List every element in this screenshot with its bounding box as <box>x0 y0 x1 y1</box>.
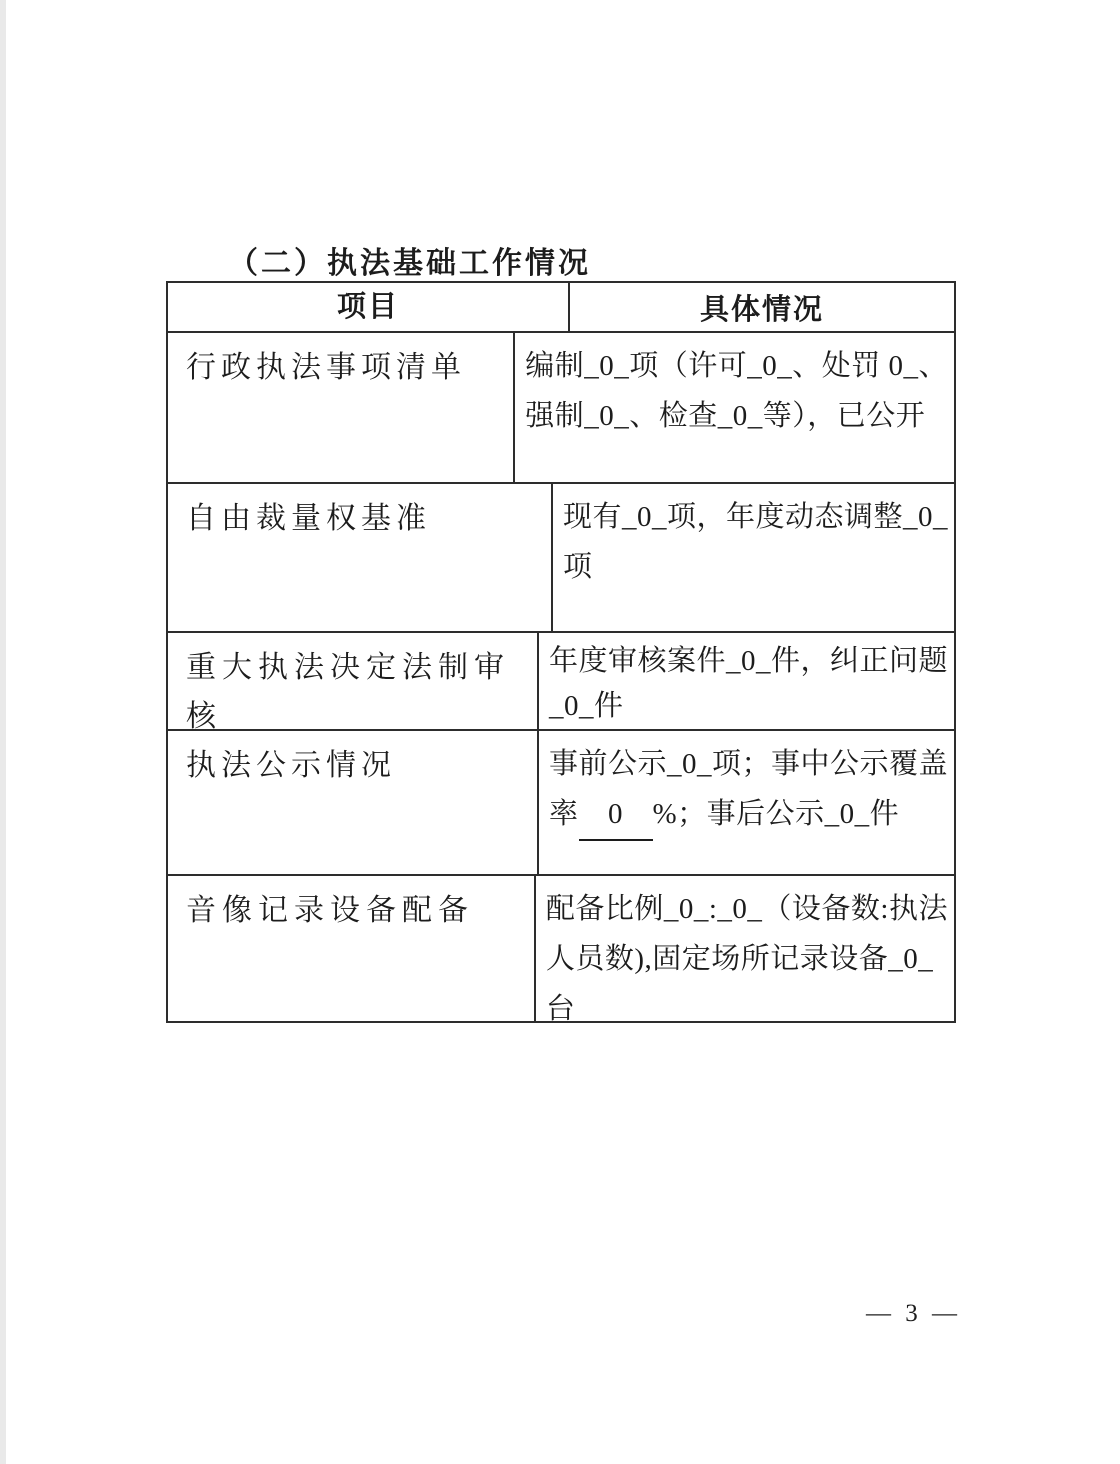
detail-cell: 配备比例_0_:_0_（设备数:执法 人员数),固定场所记录设备_0_ 台 <box>536 876 954 1021</box>
table-row: 行政执法事项清单 编制_0_项（许可_0_、处罚 0_、 强制_0_、检查_0_… <box>168 331 954 482</box>
page-number: — 3 — <box>866 1300 961 1328</box>
table-row: 重大执法决定法制审核 年度审核案件_0_件，纠正问题 _0_件 <box>168 631 954 729</box>
section-heading: （二）执法基础工作情况 <box>228 238 591 282</box>
item-cell: 重大执法决定法制审核 <box>168 633 539 729</box>
header-cell-detail: 具体情况 <box>570 283 954 331</box>
item-cell: 执法公示情况 <box>168 731 539 874</box>
filled-blank-value: 0 <box>579 789 653 841</box>
detail-line: 人员数),固定场所记录设备_0_ <box>546 934 948 984</box>
detail-line: 事前公示_0_项；事中公示覆盖 <box>549 739 948 789</box>
detail-line: 台 <box>546 984 948 1034</box>
table-header-row: 项目 具体情况 <box>168 283 954 331</box>
detail-cell: 年度审核案件_0_件，纠正问题 _0_件 <box>539 633 954 729</box>
item-cell: 自由裁量权基准 <box>168 484 553 631</box>
detail-line: 编制_0_项（许可_0_、处罚 0_、 <box>525 341 948 391</box>
detail-cell: 编制_0_项（许可_0_、处罚 0_、 强制_0_、检查_0_等），已公开 <box>515 333 954 482</box>
scan-edge-artifact <box>0 0 6 1464</box>
detail-line: 现有_0_项，年度动态调整_0_ <box>563 492 948 542</box>
detail-line: 年度审核案件_0_件，纠正问题 <box>549 639 948 684</box>
detail-line-suffix: %；事后公示_0_件 <box>653 798 900 830</box>
basic-work-table: 项目 具体情况 行政执法事项清单 编制_0_项（许可_0_、处罚 0_、 强制_… <box>166 281 956 1023</box>
item-cell: 行政执法事项清单 <box>168 333 515 482</box>
detail-cell: 事前公示_0_项；事中公示覆盖 率0%；事后公示_0_件 <box>539 731 954 874</box>
detail-line: 强制_0_、检查_0_等），已公开 <box>525 391 948 441</box>
header-cell-item: 项目 <box>168 283 570 331</box>
table-row: 音像记录设备配备 配备比例_0_:_0_（设备数:执法 人员数),固定场所记录设… <box>168 874 954 1021</box>
table-row: 自由裁量权基准 现有_0_项，年度动态调整_0_ 项 <box>168 482 954 631</box>
detail-line: _0_件 <box>549 684 948 729</box>
detail-line: 率0%；事后公示_0_件 <box>549 789 948 841</box>
detail-line-prefix: 率 <box>549 798 579 830</box>
detail-line: 项 <box>563 542 948 592</box>
detail-line: 配备比例_0_:_0_（设备数:执法 <box>546 884 948 934</box>
detail-cell: 现有_0_项，年度动态调整_0_ 项 <box>553 484 954 631</box>
item-cell: 音像记录设备配备 <box>168 876 536 1021</box>
table-row: 执法公示情况 事前公示_0_项；事中公示覆盖 率0%；事后公示_0_件 <box>168 729 954 874</box>
